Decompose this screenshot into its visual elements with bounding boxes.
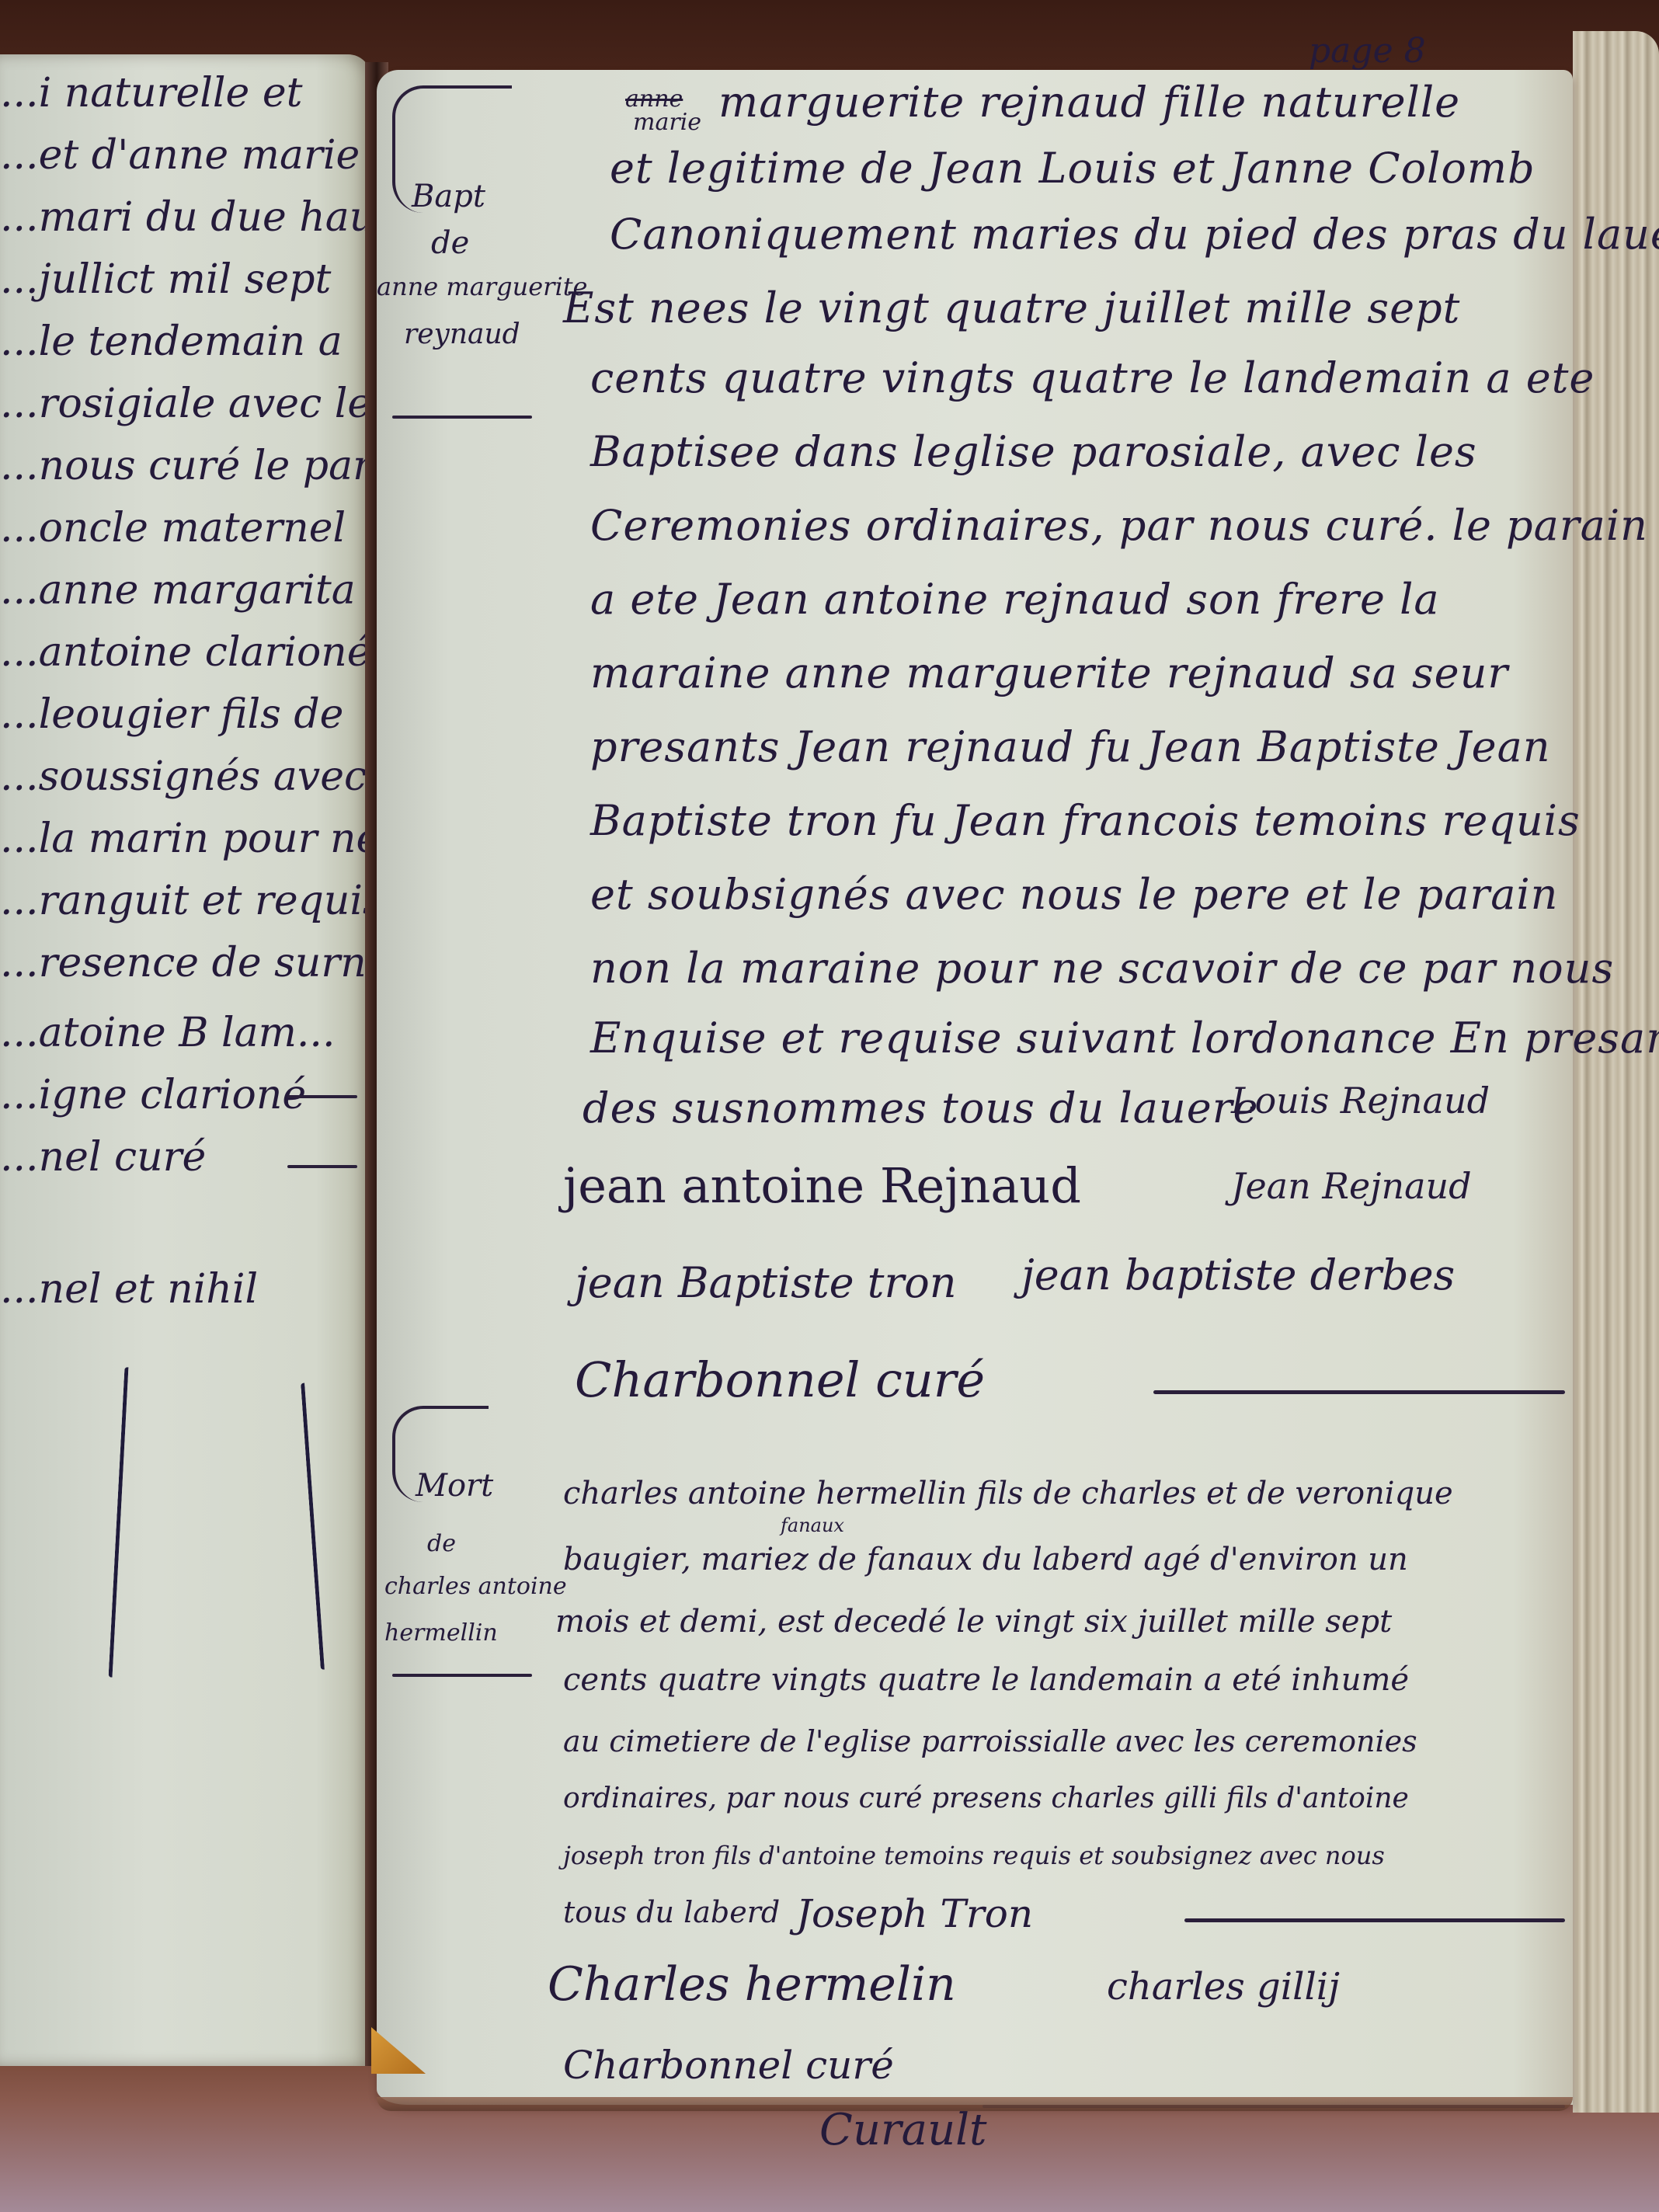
left-line: ...jullict mil sept: [0, 256, 331, 303]
entry-line: marguerite rejnaud fille naturelle: [718, 78, 1460, 127]
entry-separator: [1153, 1390, 1565, 1394]
left-line: ...nel et nihil: [0, 1266, 258, 1313]
line-end-dash: [287, 1095, 357, 1098]
signature: jean baptiste derbes: [1021, 1250, 1455, 1299]
entry-line: Enquise et requise suivant lordonance En…: [590, 1014, 1659, 1063]
entry-line: presants Jean rejnaud fu Jean Baptiste J…: [590, 722, 1551, 771]
entry-line: et legitime de Jean Louis et Janne Colom…: [610, 144, 1536, 193]
signature-cure: Charbonnel curé: [575, 1351, 985, 1408]
entry-line: Baptisee dans leglise parosiale, avec le…: [590, 427, 1477, 476]
signature: Joseph Tron: [796, 1891, 1033, 1936]
entry-line: mois et demi, est decedé le vingt six ju…: [555, 1604, 1392, 1640]
left-line: ...le tendemain a: [0, 318, 343, 365]
left-line: ...la marin pour ne: [0, 816, 380, 862]
cancel-flourish: [109, 1367, 134, 1678]
margin-underline: [392, 1674, 532, 1677]
entry-line: Est nees le vingt quatre juillet mille s…: [563, 283, 1460, 332]
signature-cure: Charbonnel curé: [563, 2043, 894, 2088]
line-end-dash: [287, 1165, 357, 1168]
margin-label-surname: reynaud: [404, 318, 520, 350]
entry-line: cents quatre vingts quatre le landemain …: [590, 353, 1595, 402]
entry-line: Canoniquement maries du pied des pras du…: [610, 210, 1659, 259]
left-line: ...antoine clarioné: [0, 629, 371, 676]
margin-label-name: anne marguerite: [377, 272, 587, 301]
signature: charles gillij: [1107, 1965, 1340, 2009]
right-page: page 8 Bapt de anne marguerite reynaud a…: [377, 70, 1573, 2105]
signature: Jean Rejnaud: [1231, 1165, 1472, 1207]
margin-label-mort: Mort: [416, 1468, 493, 1504]
signature: Charles hermelin: [548, 1957, 956, 2012]
left-line: ...atoine B lam...: [0, 1010, 336, 1056]
left-line: ...leougier fils de: [0, 691, 343, 738]
entry-line: au cimetiere de l'eglise parroissialle a…: [563, 1724, 1417, 1758]
entry-line: Baptiste tron fu Jean francois temoins r…: [590, 796, 1581, 845]
entry-line: Ceremonies ordinaires, par nous curé. le…: [590, 501, 1648, 550]
left-line: ...ranguit et requis: [0, 878, 384, 924]
left-line: ...nel curé: [0, 1134, 206, 1181]
entry-line: maraine anne marguerite rejnaud sa seur: [590, 649, 1508, 697]
margin-label-bapt: Bapt: [412, 179, 485, 214]
line-filler: [1184, 1918, 1565, 1922]
margin-label-surname: hermellin: [384, 1619, 498, 1647]
left-line: ...et d'anne marie: [0, 132, 360, 179]
signature: jean antoine Rejnaud: [563, 1157, 1081, 1214]
page-edges: [1573, 31, 1659, 2113]
entry-line: des susnommes tous du lauere: [583, 1083, 1258, 1132]
entry-line: cents quatre vingts quatre le landemain …: [563, 1662, 1409, 1698]
left-line: ...rosigiale avec les: [0, 381, 392, 427]
margin-underline: [392, 416, 532, 419]
margin-label-name: charles antoine: [384, 1573, 567, 1600]
margin-label: de: [431, 225, 469, 261]
page-number: page 8: [1309, 31, 1426, 71]
entry-line: et soubsignés avec nous le pere et le pa…: [590, 870, 1558, 919]
signature-official: Curault: [819, 2105, 987, 2155]
entry-line: baugier, mariez de fanaux du laberd agé …: [563, 1542, 1408, 1577]
left-page: ...i naturelle et ...et d'anne marie ...…: [0, 54, 371, 2066]
entry-line: ordinaires, par nous curé presens charle…: [563, 1782, 1409, 1814]
signature: jean Baptiste tron: [575, 1258, 957, 1307]
cancel-flourish: [301, 1382, 329, 1670]
entry-line: joseph tron fils d'antoine temoins requi…: [563, 1841, 1385, 1870]
entry-line: tous du laberd: [563, 1895, 780, 1929]
inserted-word: marie: [633, 109, 701, 136]
entry-line: charles antoine hermellin fils de charle…: [563, 1476, 1453, 1511]
left-line: ...i naturelle et: [0, 70, 303, 117]
inserted-word: fanaux: [781, 1515, 844, 1536]
signature: Louis Rejnaud: [1231, 1080, 1490, 1122]
line-filler: [983, 2105, 1565, 2108]
margin-label: de: [427, 1530, 456, 1557]
entry-line: a ete Jean antoine rejnaud son frere la: [590, 575, 1440, 624]
left-line: ...mari du due hau...: [0, 194, 414, 241]
entry-line: non la maraine pour ne scavoir de ce par…: [590, 944, 1614, 993]
left-line: ...igne clarioné: [0, 1072, 306, 1118]
left-line: ...oncle maternel: [0, 505, 346, 551]
